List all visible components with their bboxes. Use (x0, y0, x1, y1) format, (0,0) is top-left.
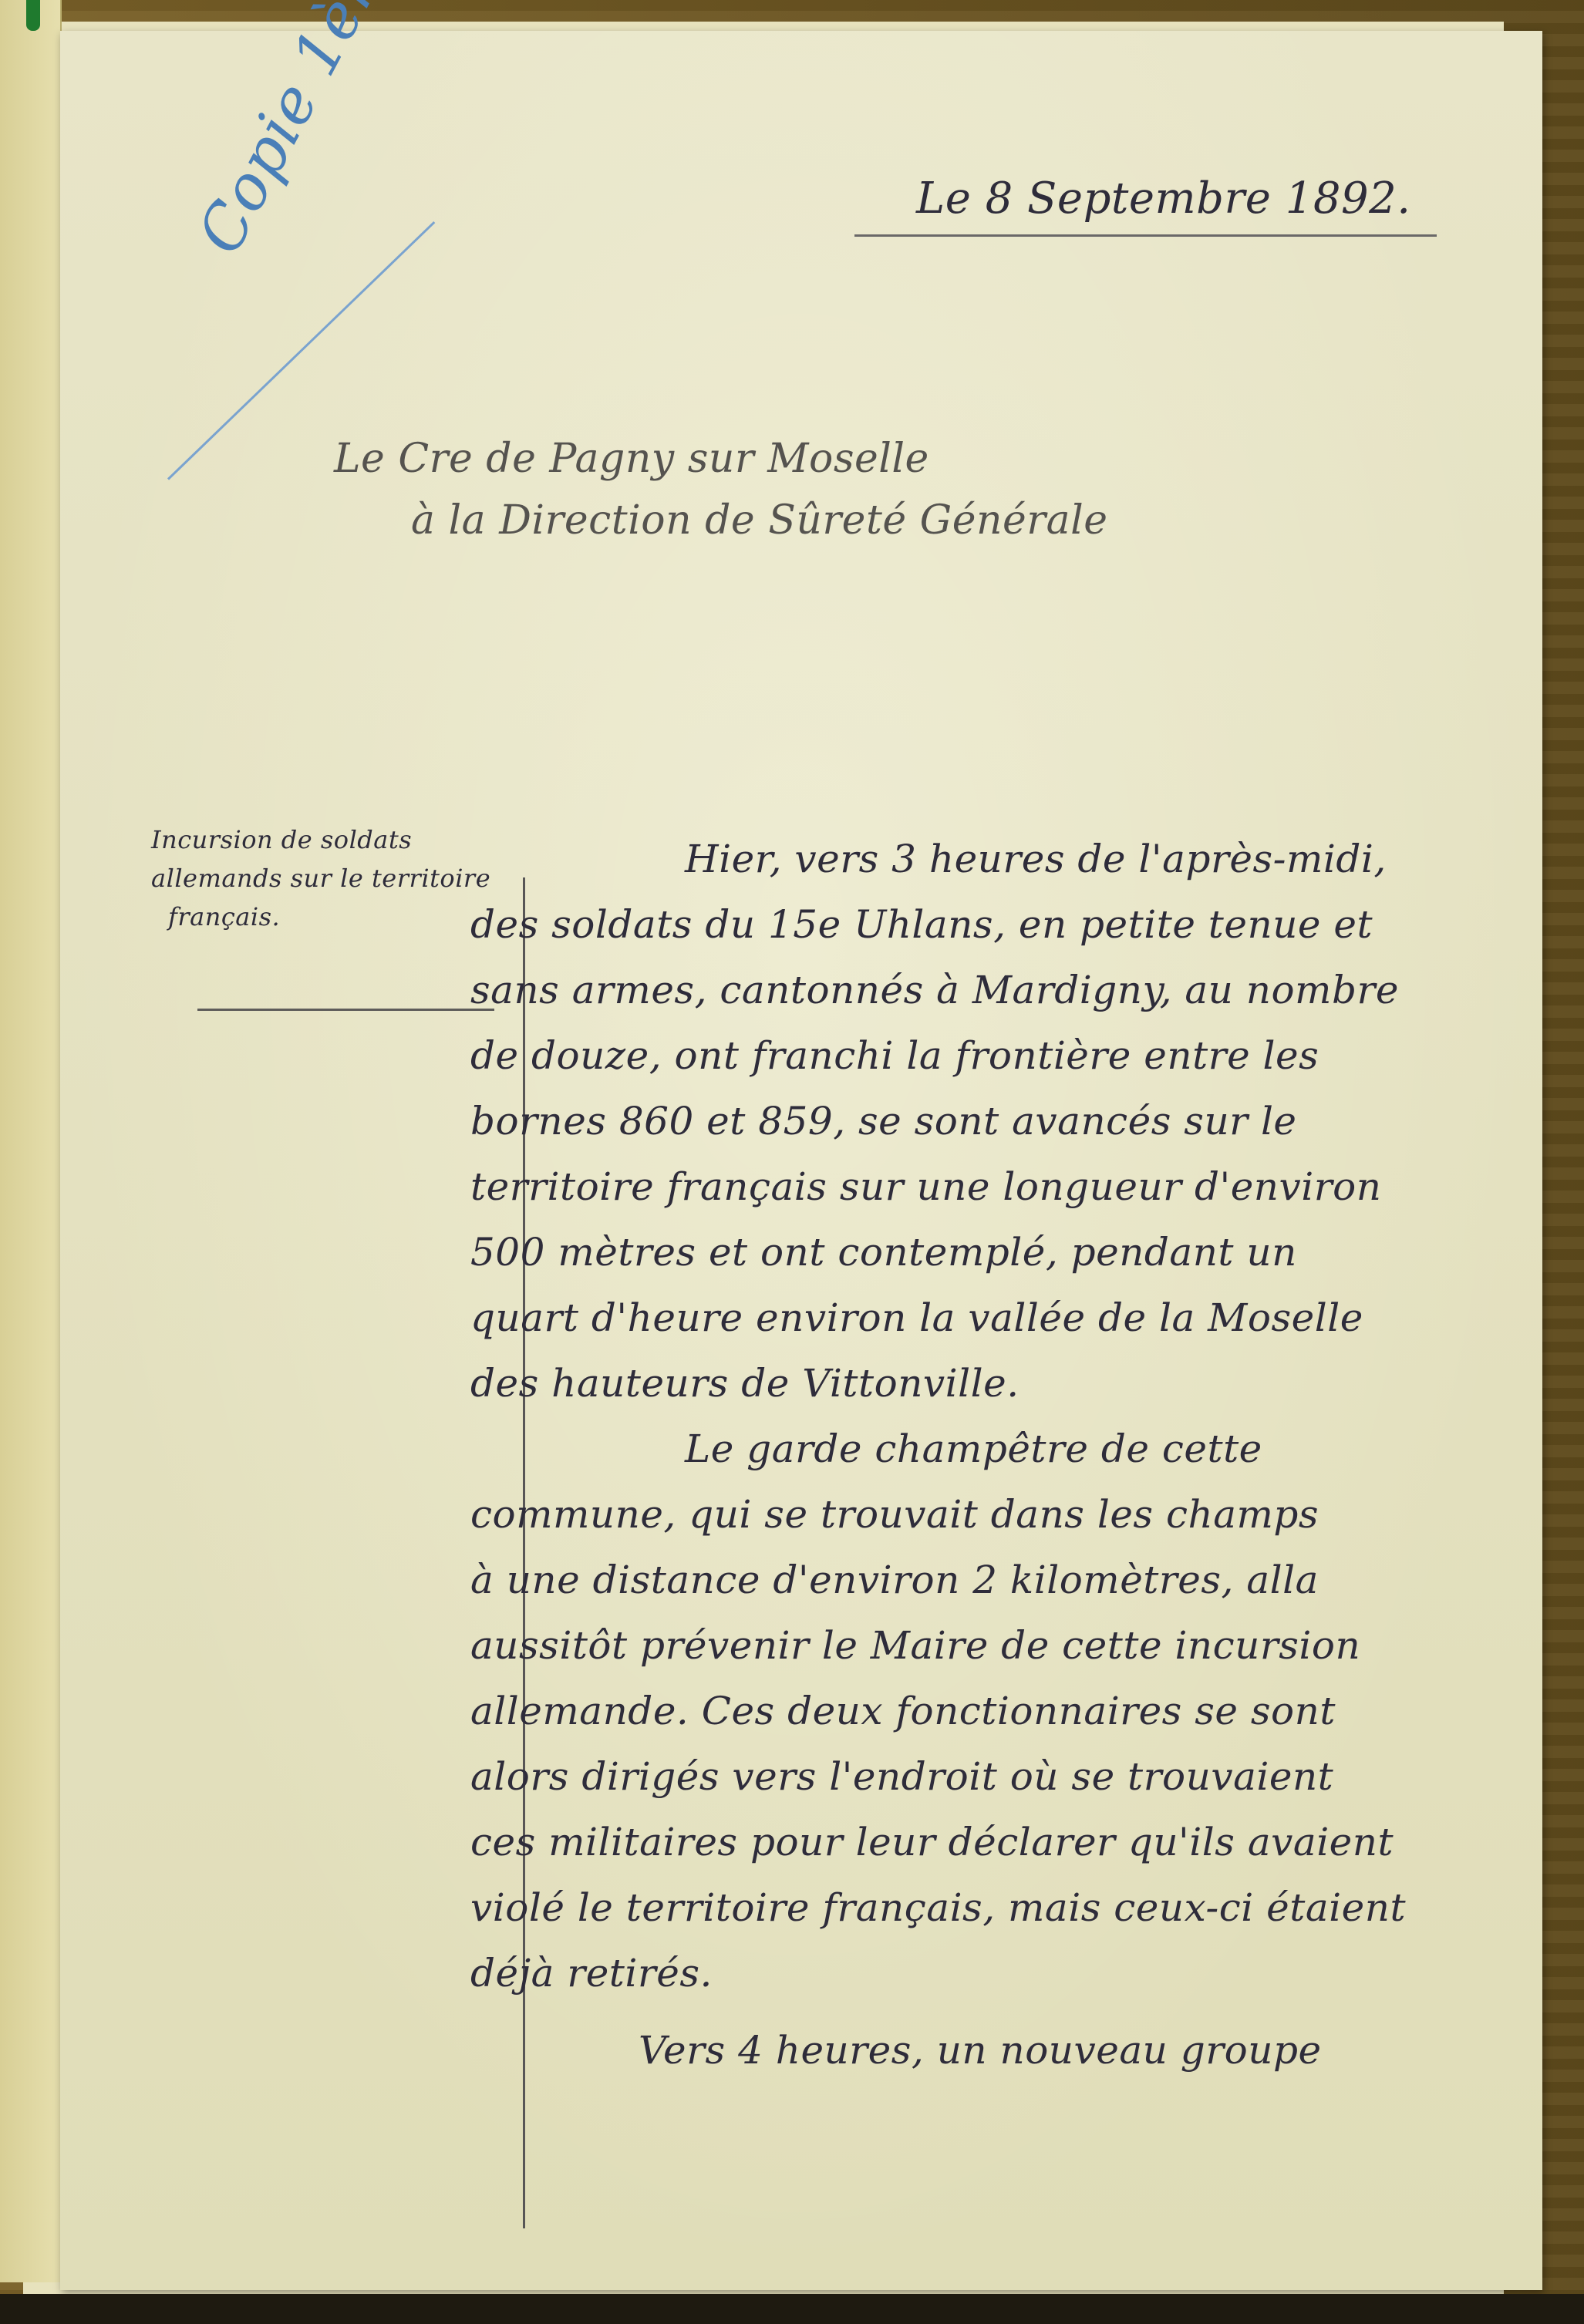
desk-shadow (0, 2294, 1584, 2324)
folder-tab-icon (26, 0, 40, 31)
body-line: sans armes, cantonnés à Mardigny, au nom… (470, 968, 1399, 1012)
body-line: des soldats du 15e Uhlans, en petite ten… (470, 902, 1373, 947)
margin-note-line: français. (168, 902, 280, 931)
body-line: commune, qui se trouvait dans les champs (470, 1492, 1319, 1537)
body-line: territoire français sur une longueur d'e… (470, 1164, 1381, 1209)
sender-line: Le Cre de Pagny sur Moselle (334, 436, 929, 482)
margin-note-underline (197, 1009, 494, 1011)
letter-page: Copie 1ère Le 8 Septembre 1892. Le Cre d… (60, 31, 1542, 2290)
body-line: aussitôt prévenir le Maire de cette incu… (470, 1623, 1360, 1668)
margin-note-line: allemands sur le territoire (151, 864, 490, 893)
body-line: alors dirigés vers l'endroit où se trouv… (470, 1754, 1333, 1799)
body-line: Hier, vers 3 heures de l'après-midi, (685, 837, 1387, 881)
folder-cover-edge (0, 0, 62, 2282)
body-line: des hauteurs de Vittonville. (470, 1361, 1019, 1406)
body-line: violé le territoire français, mais ceux-… (470, 1885, 1406, 1930)
body-line: Vers 4 heures, un nouveau groupe (639, 2028, 1322, 2073)
body-line: ces militaires pour leur déclarer qu'ils… (470, 1820, 1394, 1864)
body-line: quart d'heure environ la vallée de la Mo… (470, 1295, 1363, 1340)
margin-column-rule (523, 877, 525, 2228)
copy-annotation: Copie 1ère (184, 0, 409, 265)
letter-date: Le 8 Septembre 1892. (916, 173, 1411, 224)
body-line: déjà retirés. (470, 1951, 713, 1996)
body-line: bornes 860 et 859, se sont avancés sur l… (470, 1099, 1297, 1143)
margin-note-line: Incursion de soldats (151, 825, 412, 854)
recipient-line: à la Direction de Sûreté Générale (411, 497, 1108, 544)
body-line: à une distance d'environ 2 kilomètres, a… (470, 1558, 1319, 1602)
body-line: de douze, ont franchi la frontière entre… (470, 1033, 1319, 1078)
date-underline (854, 234, 1437, 237)
body-line: Le garde champêtre de cette (685, 1426, 1262, 1471)
body-line: allemande. Ces deux fonctionnaires se so… (470, 1689, 1336, 1733)
body-line: 500 mètres et ont contemplé, pendant un (470, 1230, 1297, 1275)
